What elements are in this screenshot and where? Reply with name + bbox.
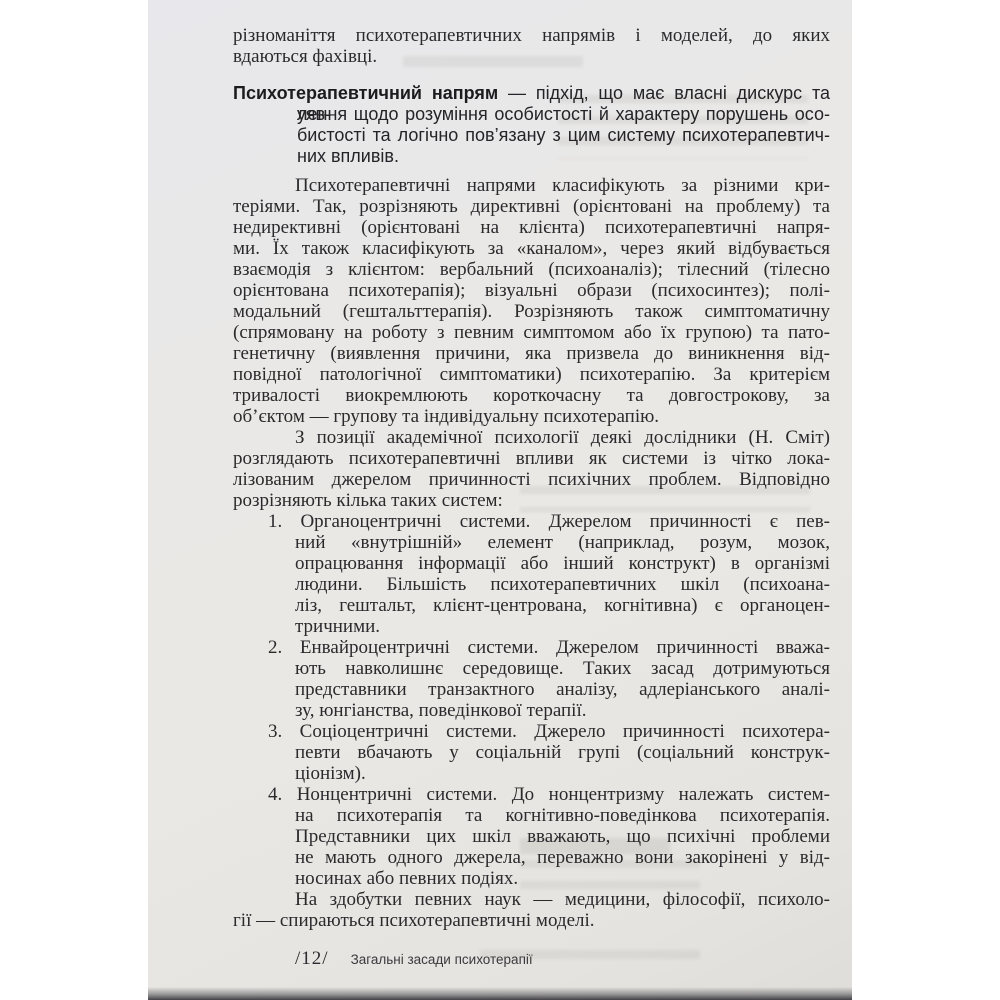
page-number: /12/: [295, 948, 329, 970]
text-line: бистості та логічно пов’язану з цим сист…: [297, 125, 830, 146]
running-title: Загальні засади психотерапії: [351, 952, 533, 967]
text-line: ліз, гештальт, клієнт-центрована, когніт…: [295, 595, 830, 616]
text-column: різноманіття психотерапевтичних напрямів…: [233, 25, 830, 931]
text-line: ціонізм).: [295, 763, 830, 784]
text-block-cont: різноманіття психотерапевтичних напрямів…: [233, 25, 830, 67]
text-line: певти вбачають у соціальній групі (соціа…: [295, 742, 830, 763]
text-line: 1. Органоцентричні системи. Джерелом при…: [295, 511, 830, 532]
text-line: опрацювання інформації або інший констру…: [295, 553, 830, 574]
text-line: На здобутки певних наук — медицини, філо…: [233, 889, 830, 910]
text-line: Представники цих шкіл вважають, що психі…: [295, 826, 830, 847]
text-line: них впливів.: [297, 146, 830, 167]
text-line: ний «внутрішній» елемент (наприклад, роз…: [295, 532, 830, 553]
text-block-par: На здобутки певних наук — медицини, філо…: [233, 889, 830, 931]
text-line: вдаються фахівці.: [233, 46, 830, 67]
text-line: (спрямовану на роботу з певним симптомом…: [233, 322, 830, 343]
text-line: на психотерапія та когнітивно-поведінков…: [295, 805, 830, 826]
text-line: орієнтована психотерапія); візуальні обр…: [233, 280, 830, 301]
text-line: недирективні (орієнтовані на клієнта) пс…: [233, 217, 830, 238]
text-line: тривалості виокремлюють короткочасну та …: [233, 385, 830, 406]
text-line: носинах або певних подіях.: [295, 868, 830, 889]
text-line: тричними.: [295, 616, 830, 637]
text-line: гії — спираються психотерапевтичні модел…: [233, 910, 830, 931]
text-block-list: 2. Енвайроцентричні системи. Джерелом пр…: [233, 637, 830, 721]
text-line: ють навколишнє середовище. Таких засад д…: [295, 658, 830, 679]
text-line: розглядають психотерапевтичні впливи як …: [233, 448, 830, 469]
text-line: 3. Соціоцентричні системи. Джерело причи…: [295, 721, 830, 742]
text-line: З позиції академічної психології деякі д…: [233, 427, 830, 448]
text-block-par: З позиції академічної психології деякі д…: [233, 427, 830, 511]
text-line: не мають одного джерела, переважно вони …: [295, 847, 830, 868]
text-block-list: 3. Соціоцентричні системи. Джерело причи…: [233, 721, 830, 784]
text-line: взаємодія з клієнтом: вербальний (психоа…: [233, 259, 830, 280]
text-line: різноманіття психотерапевтичних напрямів…: [233, 25, 830, 46]
text-block-list: 1. Органоцентричні системи. Джерелом при…: [233, 511, 830, 637]
text-line: лення щодо розуміння особистості й харак…: [297, 104, 830, 125]
text-line: зу, юнгіанства, поведінкової терапії.: [295, 700, 830, 721]
text-line: лізованим джерелом причинності психічних…: [233, 469, 830, 490]
text-line: 4. Нонцентричні системи. До нонцентризму…: [295, 784, 830, 805]
page-bottom-shadow: [148, 987, 852, 1000]
text-line: представники транзактного аналізу, адлер…: [295, 679, 830, 700]
text-line: Психотерапевтичні напрями класифікують з…: [233, 175, 830, 196]
text-block-list: 4. Нонцентричні системи. До нонцентризму…: [233, 784, 830, 889]
text-line: розрізняють кілька таких систем:: [233, 490, 830, 511]
text-line: ми. Їх також класифікують за «каналом», …: [233, 238, 830, 259]
page-footer: /12/ Загальні засади психотерапії: [295, 948, 533, 970]
text-line: генетичну (виявлення причини, яка призве…: [233, 343, 830, 364]
text-block-def: Психотерапевтичний напрям — підхід, що м…: [233, 83, 830, 167]
text-line: 2. Енвайроцентричні системи. Джерелом пр…: [295, 637, 830, 658]
screenshot-stage: різноманіття психотерапевтичних напрямів…: [0, 0, 1000, 1000]
text-line: повідної патологічної симптоматики) псих…: [233, 364, 830, 385]
text-block-par: Психотерапевтичні напрями класифікують з…: [233, 175, 830, 427]
text-line: об’єктом — групову та індивідуальну псих…: [233, 406, 830, 427]
text-line: Психотерапевтичний напрям — підхід, що м…: [297, 83, 830, 104]
text-line: модальний (гештальттерапія). Розрізняють…: [233, 301, 830, 322]
book-page: різноманіття психотерапевтичних напрямів…: [148, 0, 852, 1000]
text-line: теріями. Так, розрізняють директивні (ор…: [233, 196, 830, 217]
text-line: людини. Більшість психотерапевтичних шкі…: [295, 574, 830, 595]
definition-term: Психотерапевтичний напрям: [233, 83, 498, 103]
